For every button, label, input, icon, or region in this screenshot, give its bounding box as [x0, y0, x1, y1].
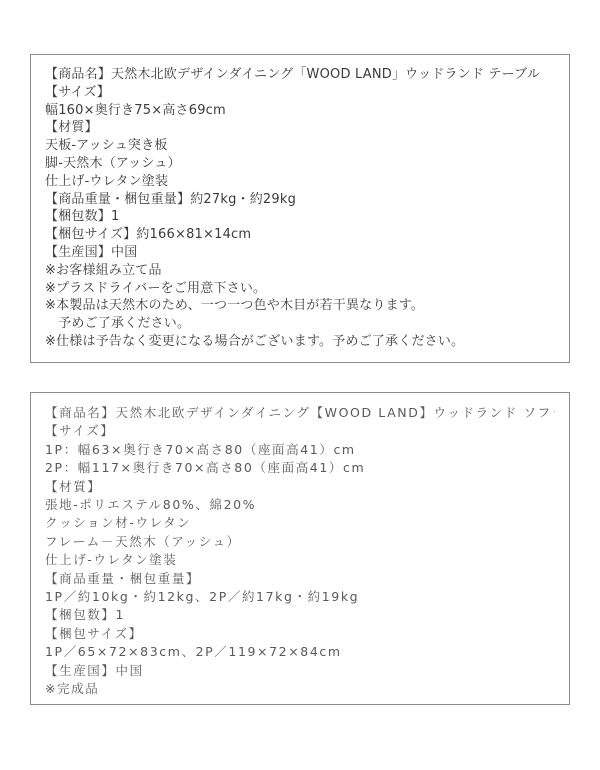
- country-line: 【生産国】中国: [45, 662, 555, 680]
- material-finish-value: 仕上げ-ウレタン塗装: [45, 551, 555, 569]
- material-leg-value: 脚-天然木（アッシュ）: [45, 155, 555, 173]
- size-heading: 【サイズ】: [45, 84, 555, 102]
- material-upholstery-value: 張地-ポリエステル80%、綿20%: [45, 496, 555, 514]
- material-cushion-value: クッション材-ウレタン: [45, 514, 555, 532]
- note-finished-product: ※完成品: [45, 680, 555, 698]
- material-heading: 【材質】: [45, 478, 555, 496]
- package-size-line: 【梱包サイズ】約166×81×14cm: [45, 226, 555, 244]
- package-count-line: 【梱包数】1: [45, 606, 555, 624]
- note-screwdriver: ※プラスドライバーをご用意下さい。: [45, 280, 555, 298]
- note-spec-change: ※仕様は予告なく変更になる場合がございます。予めご了承ください。: [45, 333, 555, 351]
- size-heading: 【サイズ】: [45, 422, 555, 440]
- product-name-line: 【商品名】天然木北欧デザインダイニング【WOOD LAND】ウッドランド ソファ: [45, 404, 555, 422]
- package-size-value: 1P／65×72×83cm、2P／119×72×84cm: [45, 643, 555, 661]
- weight-line: 【商品重量・梱包重量】約27kg・約29kg: [45, 191, 555, 209]
- material-top-value: 天板-アッシュ突き板: [45, 137, 555, 155]
- weight-heading: 【商品重量・梱包重量】: [45, 570, 555, 588]
- size-value: 幅160×奥行き75×高さ69cm: [45, 102, 555, 120]
- material-frame-value: フレーム－天然木（アッシュ）: [45, 533, 555, 551]
- note-wood-grain: ※本製品は天然木のため、一つ一つ色や木目が若干異なります。: [45, 297, 555, 315]
- size-2p-value: 2P：幅117×奥行き70×高さ80（座面高41）cm: [45, 459, 555, 477]
- country-line: 【生産国】中国: [45, 244, 555, 262]
- table-spec-panel: 【商品名】天然木北欧デザインダイニング「WOOD LAND」ウッドランド テーブ…: [30, 54, 570, 363]
- product-spec-sheet: 【商品名】天然木北欧デザインダイニング「WOOD LAND」ウッドランド テーブ…: [0, 54, 600, 705]
- material-heading: 【材質】: [45, 119, 555, 137]
- package-size-heading: 【梱包サイズ】: [45, 625, 555, 643]
- weight-value: 1P／約10kg・約12kg、2P／約17kg・約19kg: [45, 588, 555, 606]
- material-finish-value: 仕上げ-ウレタン塗装: [45, 173, 555, 191]
- note-assembly: ※お客様組み立て品: [45, 262, 555, 280]
- note-wood-grain-cont: 予めご了承ください。: [45, 315, 555, 333]
- size-1p-value: 1P：幅63×奥行き70×高さ80（座面高41）cm: [45, 441, 555, 459]
- product-name-line: 【商品名】天然木北欧デザインダイニング「WOOD LAND」ウッドランド テーブ…: [45, 66, 555, 84]
- package-count-line: 【梱包数】1: [45, 208, 555, 226]
- sofa-spec-panel: 【商品名】天然木北欧デザインダイニング【WOOD LAND】ウッドランド ソファ…: [30, 392, 570, 705]
